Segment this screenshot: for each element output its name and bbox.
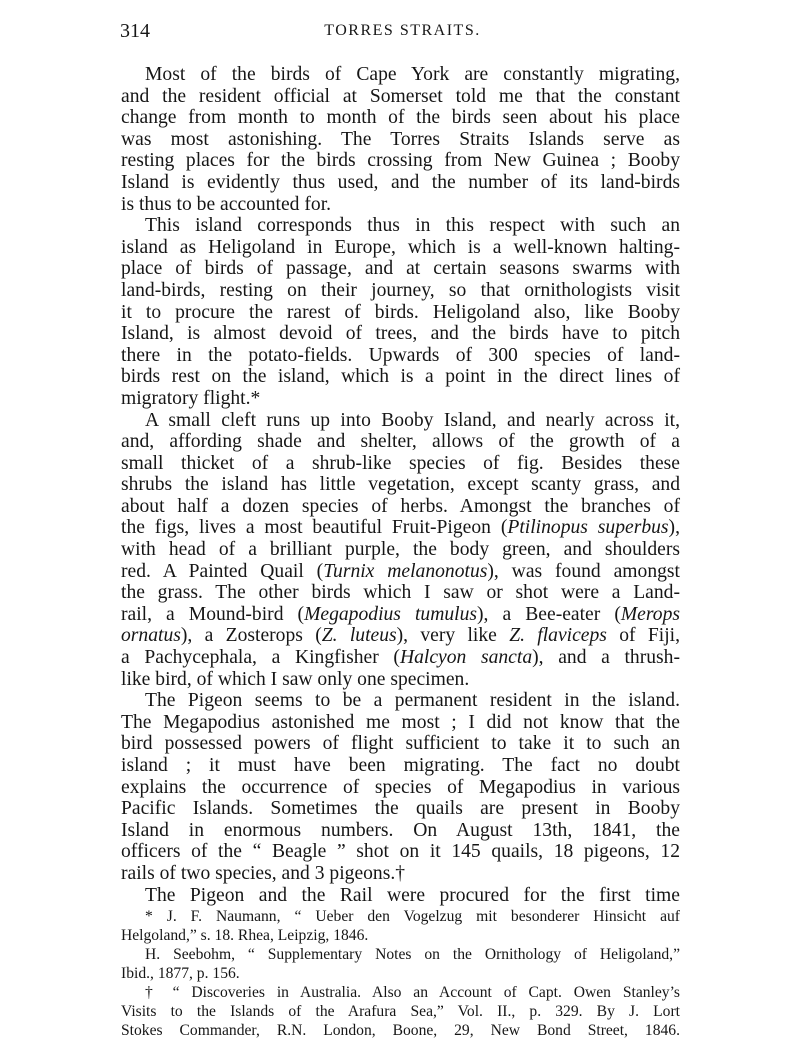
body-text: Most of the birds of Cape York are const…: [121, 64, 680, 906]
footnote-line: Stokes Commander, R.N. London, Boone, 29…: [121, 1021, 680, 1040]
footnote-line: * J. F. Naumann, “ Ueber den Vogelzug mi…: [121, 907, 680, 926]
text-line: bird possessed powers of flight sufficie…: [121, 733, 680, 755]
text-line: place of birds of passage, and at certai…: [121, 258, 680, 280]
text-line: resting places for the birds crossing fr…: [121, 150, 680, 172]
text-line: about half a dozen species of herbs. Amo…: [121, 496, 680, 518]
text-line: Pacific Islands. Sometimes the quails ar…: [121, 798, 680, 820]
text-line: birds rest on the island, which is a poi…: [121, 366, 680, 388]
text-line: small thicket of a shrub-like species of…: [121, 453, 680, 475]
text-line: rail, a Mound-bird (Megapodius tumulus),…: [121, 604, 680, 626]
text-line: Island is evidently thus used, and the n…: [121, 172, 680, 194]
paragraph-4: The Pigeon seems to be a permanent resid…: [121, 690, 680, 884]
text-line: rails of two species, and 3 pigeons.†: [121, 863, 680, 885]
text-run: a Pachycephala, a Kingfisher (: [121, 647, 400, 668]
text-line: This island corresponds thus in this res…: [121, 215, 680, 237]
text-line: migratory flight.*: [121, 388, 680, 410]
text-line: The Megapodius astonished me most ; I di…: [121, 712, 680, 734]
text-line: is thus to be accounted for.: [121, 194, 680, 216]
text-line: it to procure the rarest of birds. Helig…: [121, 302, 680, 324]
text-line: change from month to month of the birds …: [121, 107, 680, 129]
footnote-line: † “ Discoveries in Australia. Also an Ac…: [121, 983, 680, 1002]
page-header: 314 TORRES STRAITS.: [120, 20, 685, 48]
text-line: was most astonishing. The Torres Straits…: [121, 129, 680, 151]
species-name: Halcyon sancta: [400, 647, 532, 668]
text-line: Island, is almost devoid of trees, and t…: [121, 323, 680, 345]
species-name: Z. flaviceps: [509, 625, 607, 646]
text-line: island as Heligoland in Europe, which is…: [121, 237, 680, 259]
text-run: the figs, lives a most beautiful Fruit-P…: [121, 517, 507, 538]
text-run: ), very like: [397, 625, 510, 646]
text-line: A small cleft runs up into Booby Island,…: [121, 410, 680, 432]
text-line: officers of the “ Beagle ” shot on it 14…: [121, 841, 680, 863]
species-name: Megapodius tumulus: [304, 604, 477, 625]
text-run: ),: [669, 517, 680, 538]
text-line: land-birds, resting on their journey, so…: [121, 280, 680, 302]
footnote-line: H. Seebohm, “ Supplementary Notes on the…: [121, 945, 680, 964]
footnote-line: Ibid., 1877, p. 156.: [121, 964, 680, 983]
species-name: Merops: [621, 604, 680, 625]
text-line: explains the occurrence of species of Me…: [121, 777, 680, 799]
book-page: 314 TORRES STRAITS. Most of the birds of…: [0, 0, 800, 1050]
text-line: the figs, lives a most beautiful Fruit-P…: [121, 517, 680, 539]
text-run: ), and a thrush-: [532, 647, 680, 668]
text-line: The Pigeon and the Rail were procured fo…: [121, 885, 680, 907]
footnote-line: Helgoland,” s. 18. Rhea, Leipzig, 1846.: [121, 926, 680, 945]
paragraph-3: A small cleft runs up into Booby Island,…: [121, 410, 680, 691]
paragraph-2: This island corresponds thus in this res…: [121, 215, 680, 409]
text-line: with head of a brilliant purple, the bod…: [121, 539, 680, 561]
text-line: a Pachycephala, a Kingfisher (Halcyon sa…: [121, 647, 680, 669]
text-line: island ; it must have been migrating. Th…: [121, 755, 680, 777]
text-line: ornatus), a Zosterops (Z. luteus), very …: [121, 625, 680, 647]
species-name: Turnix melanonotus: [323, 561, 487, 582]
species-name: Ptilinopus superbus: [507, 517, 668, 538]
text-line: The Pigeon seems to be a permanent resid…: [121, 690, 680, 712]
text-run: of Fiji,: [607, 625, 680, 646]
paragraph-1: Most of the birds of Cape York are const…: [121, 64, 680, 215]
text-line: and, affording shade and shelter, allows…: [121, 431, 680, 453]
text-line: and the resident official at Somerset to…: [121, 86, 680, 108]
text-run: ), was found amongst: [487, 561, 680, 582]
paragraph-5: The Pigeon and the Rail were procured fo…: [121, 885, 680, 907]
text-line: Most of the birds of Cape York are const…: [121, 64, 680, 86]
text-line: shrubs the island has little vegetation,…: [121, 474, 680, 496]
text-line: the grass. The other birds which I saw o…: [121, 582, 680, 604]
text-line: there in the potato-fields. Upwards of 3…: [121, 345, 680, 367]
text-line: red. A Painted Quail (Turnix melanonotus…: [121, 561, 680, 583]
species-name: Z. luteus: [322, 625, 397, 646]
footnote-line: Visits to the Islands of the Arafura Sea…: [121, 1002, 680, 1021]
text-run: rail, a Mound-bird (: [121, 604, 304, 625]
text-run: ), a Zosterops (: [181, 625, 322, 646]
footnotes: * J. F. Naumann, “ Ueber den Vogelzug mi…: [121, 907, 680, 1040]
text-line: like bird, of which I saw only one speci…: [121, 669, 680, 691]
text-run: ), a Bee-eater (: [477, 604, 621, 625]
running-head: TORRES STRAITS.: [120, 22, 685, 40]
text-line: Island in enormous numbers. On August 13…: [121, 820, 680, 842]
species-name: ornatus: [121, 625, 181, 646]
text-run: red. A Painted Quail (: [121, 561, 323, 582]
